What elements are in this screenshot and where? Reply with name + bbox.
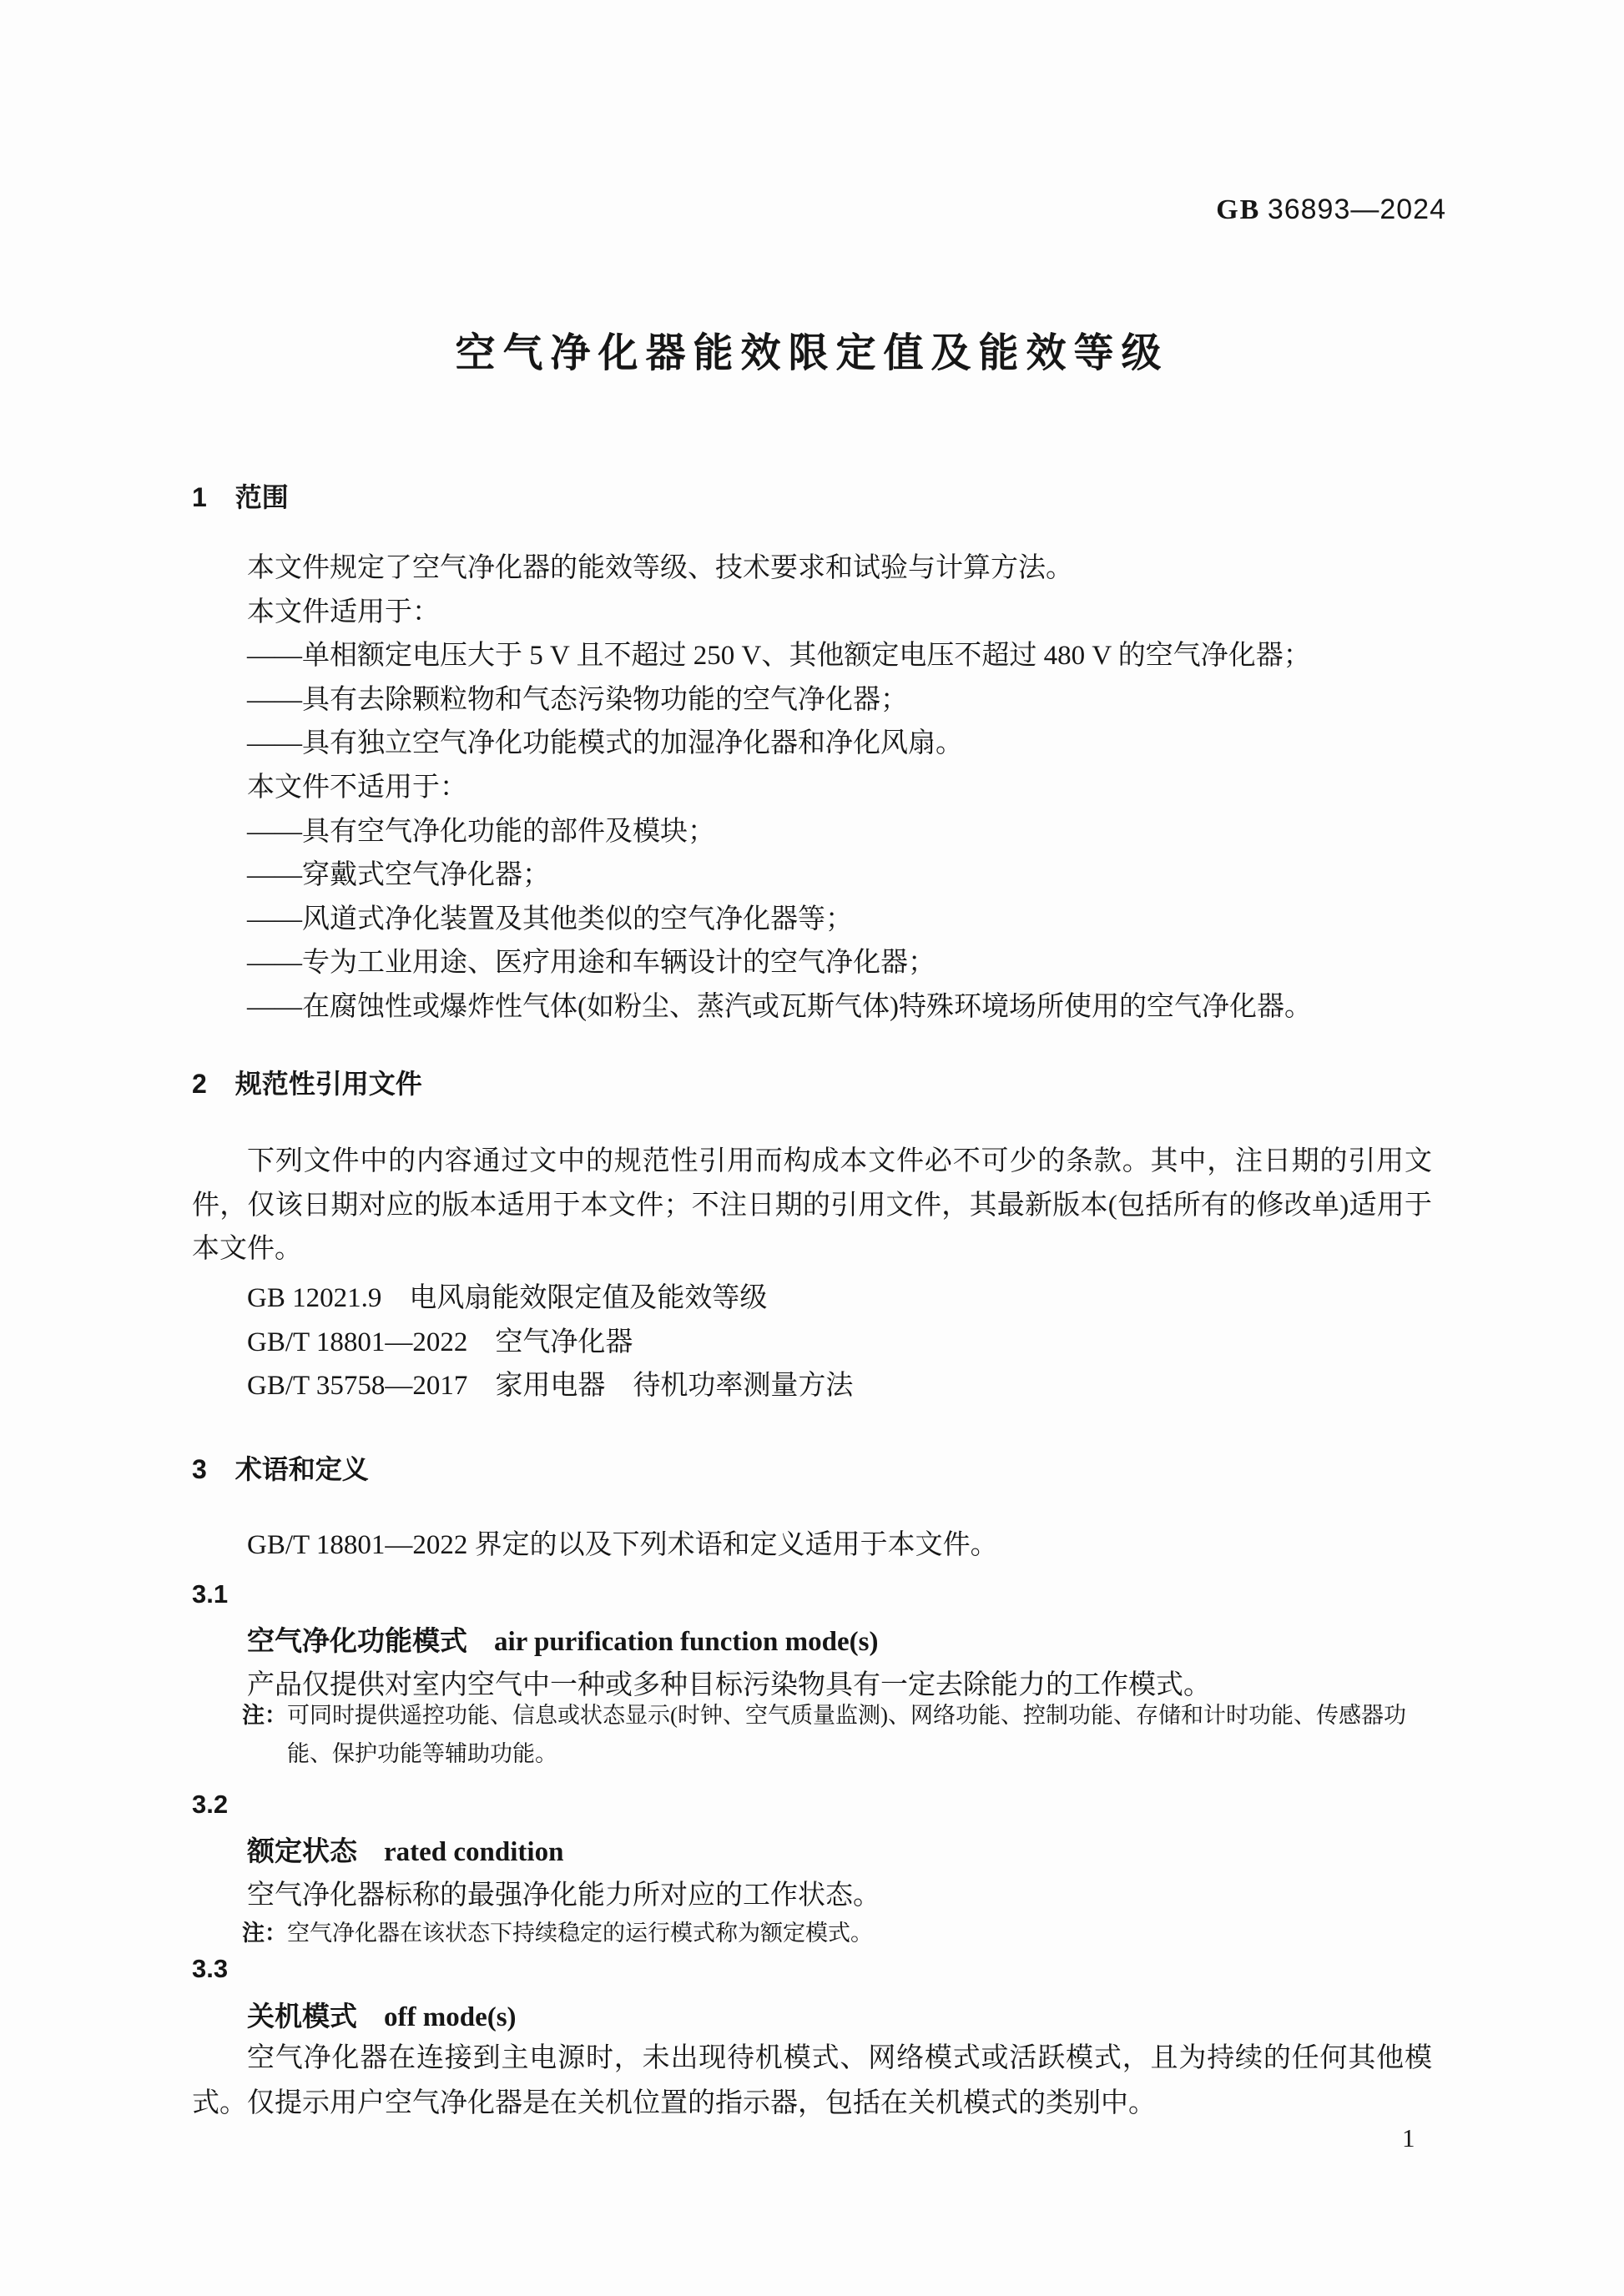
clause-1-heading: 1范围 xyxy=(192,484,289,511)
term-3-1-note: 注：可同时提供遥控功能、信息或状态显示(时钟、空气质量监测)、网络功能、控制功能… xyxy=(192,1696,1432,1773)
term-3-1: 空气净化功能模式air purification function mode(s… xyxy=(192,1627,878,1656)
term-3-3: 关机模式off mode(s) xyxy=(192,2002,517,2032)
terms-intro: GB/T 18801—2022 界定的以及下列术语和定义适用于本文件。 xyxy=(192,1532,998,1559)
reference-item: GB/T 18801—2022 空气净化器 xyxy=(192,1321,1432,1365)
scope-line: 本文件规定了空气净化器的能效等级、技术要求和试验与计算方法。 xyxy=(192,546,1432,591)
scope-line: ——在腐蚀性或爆炸性气体(如粉尘、蒸汽或瓦斯气体)特殊环境场所使用的空气净化器。 xyxy=(192,985,1432,1030)
term-3-2-definition: 空气净化器标称的最强净化能力所对应的工作状态。 xyxy=(192,1882,880,1910)
term-3-3-definition: 空气净化器在连接到主电源时，未出现待机模式、网络模式或活跃模式，且为持续的任何其… xyxy=(192,2037,1432,2126)
scope-line: ——具有独立空气净化功能模式的加湿净化器和净化风扇。 xyxy=(192,722,1432,766)
reference-item: GB 12021.9 电风扇能效限定值及能效等级 xyxy=(192,1276,1432,1321)
clause-2-heading: 2规范性引用文件 xyxy=(192,1070,422,1097)
term-3-1-cn: 空气净化功能模式 xyxy=(247,1625,467,1656)
document-title: 空气净化器能效限定值及能效等级 xyxy=(0,334,1624,374)
scope-line: 本文件不适用于： xyxy=(192,766,1432,810)
term-3-3-number: 3.3 xyxy=(192,1956,228,1981)
scope-line: ——风道式净化装置及其他类似的空气净化器等； xyxy=(192,898,1432,942)
note-text: 空气净化器在该状态下持续稳定的运行模式称为额定模式。 xyxy=(287,1921,873,1946)
reference-list: GB 12021.9 电风扇能效限定值及能效等级 GB/T 18801—2022… xyxy=(192,1276,1432,1408)
clause-3-title: 术语和定义 xyxy=(235,1454,369,1484)
term-3-3-en: off mode(s) xyxy=(384,2002,517,2032)
page-number: 1 xyxy=(1402,2125,1415,2151)
clause-2-body: 下列文件中的内容通过文中的规范性引用而构成本文件必不可少的条款。其中，注日期的引… xyxy=(192,1140,1432,1271)
scope-line: 本文件适用于： xyxy=(192,591,1432,635)
scope-line: ——专为工业用途、医疗用途和车辆设计的空气净化器； xyxy=(192,941,1432,985)
clause-2-number: 2 xyxy=(192,1070,207,1097)
term-3-2-note: 注：空气净化器在该状态下持续稳定的运行模式称为额定模式。 xyxy=(192,1914,1432,1952)
reference-item: GB/T 35758—2017 家用电器 待机功率测量方法 xyxy=(192,1364,1432,1408)
standard-code-prefix: GB xyxy=(1216,194,1260,225)
clause-2-title: 规范性引用文件 xyxy=(235,1069,422,1099)
standard-code: GB 36893—2024 xyxy=(1216,195,1446,224)
term-3-2: 额定状态rated condition xyxy=(192,1837,563,1866)
clause-1-title: 范围 xyxy=(235,482,289,512)
clause-1-body: 本文件规定了空气净化器的能效等级、技术要求和试验与计算方法。 本文件适用于： —… xyxy=(192,546,1432,1030)
term-3-2-number: 3.2 xyxy=(192,1791,228,1817)
term-3-3-definition-block: 空气净化器在连接到主电源时，未出现待机模式、网络模式或活跃模式，且为持续的任何其… xyxy=(192,2037,1432,2126)
note-label: 注： xyxy=(242,1921,287,1946)
note-text: 可同时提供遥控功能、信息或状态显示(时钟、空气质量监测)、网络功能、控制功能、存… xyxy=(287,1703,1406,1766)
standard-code-number: 36893—2024 xyxy=(1268,194,1446,225)
term-3-3-cn: 关机模式 xyxy=(247,2001,357,2032)
clause-1-number: 1 xyxy=(192,484,207,511)
scope-line: ——穿戴式空气净化器； xyxy=(192,853,1432,898)
term-3-1-number: 3.1 xyxy=(192,1581,228,1607)
clause-3-number: 3 xyxy=(192,1456,207,1483)
normative-references-paragraph: 下列文件中的内容通过文中的规范性引用而构成本文件必不可少的条款。其中，注日期的引… xyxy=(192,1140,1432,1271)
term-3-1-en: air purification function mode(s) xyxy=(494,1627,878,1657)
scope-line: ——单相额定电压大于 5 V 且不超过 250 V、其他额定电压不超过 480 … xyxy=(192,634,1432,678)
note-label: 注： xyxy=(242,1703,287,1728)
scope-line: ——具有去除颗粒物和气态污染物功能的空气净化器； xyxy=(192,678,1432,723)
clause-3-heading: 3术语和定义 xyxy=(192,1456,369,1483)
document-page: GB 36893—2024 空气净化器能效限定值及能效等级 1范围 本文件规定了… xyxy=(0,0,1624,2296)
term-3-2-en: rated condition xyxy=(384,1837,563,1867)
scope-line: ——具有空气净化功能的部件及模块； xyxy=(192,810,1432,854)
term-3-2-cn: 额定状态 xyxy=(247,1835,357,1866)
